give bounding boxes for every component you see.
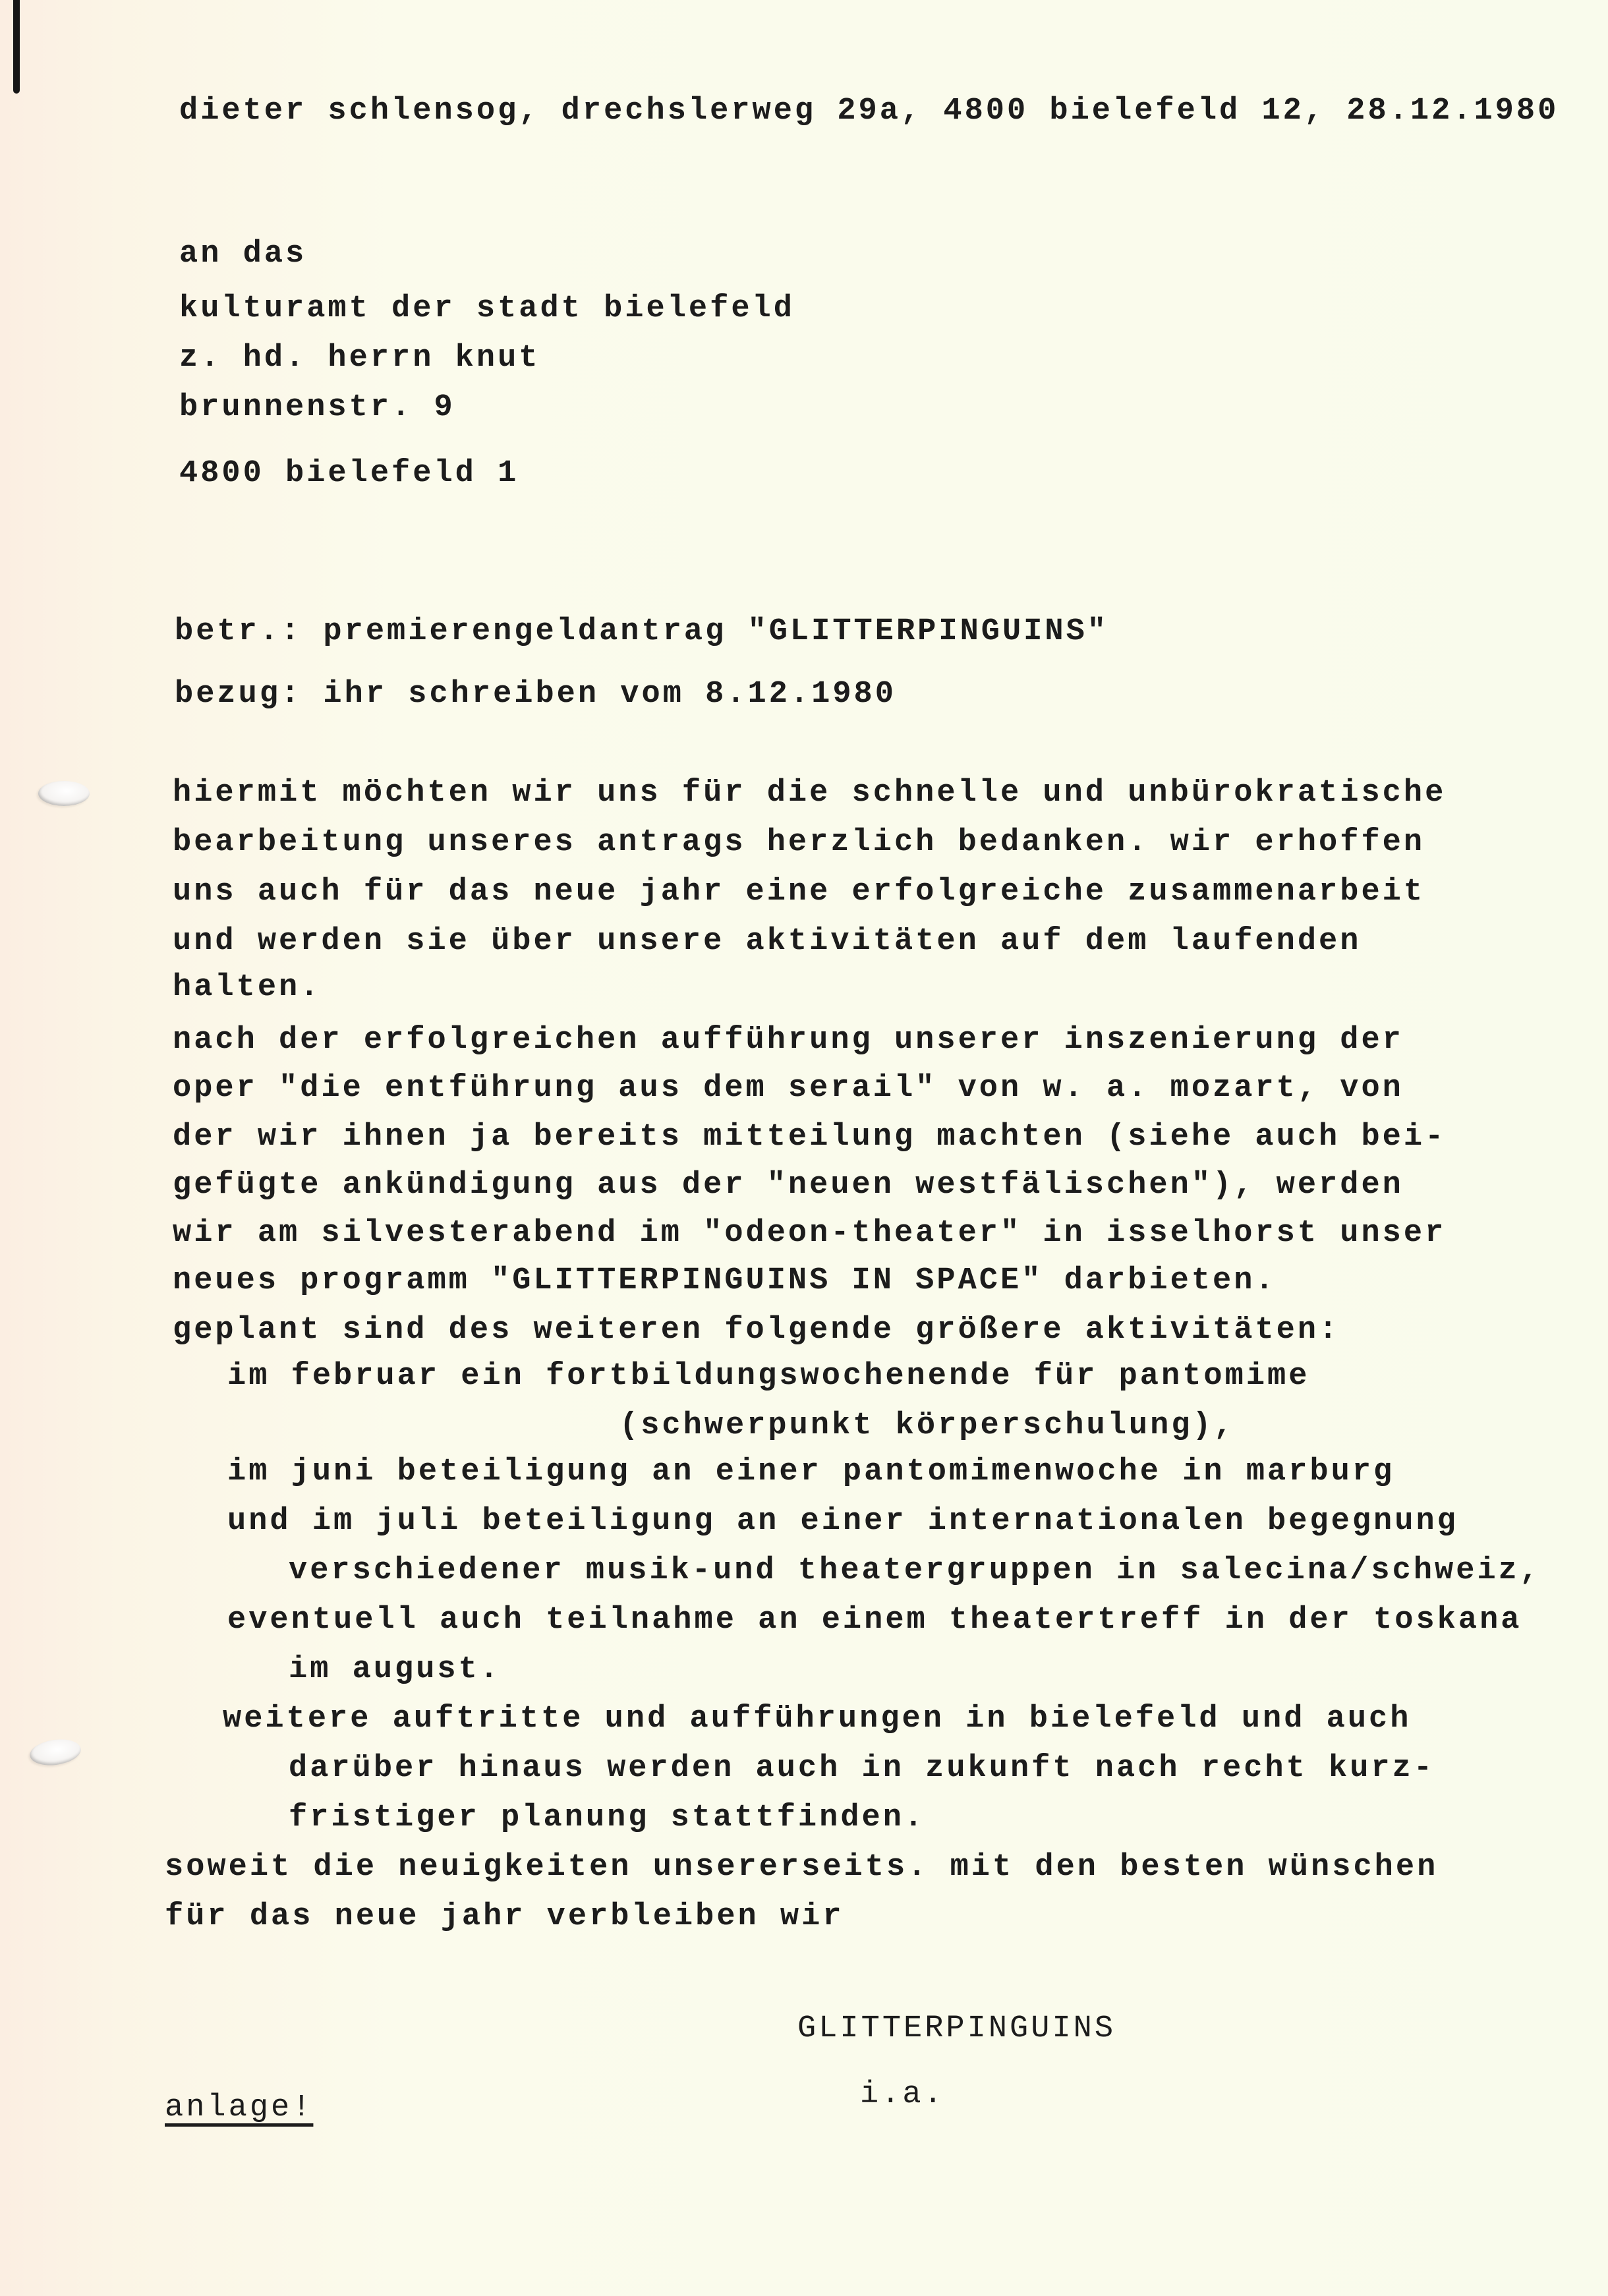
body-line: neues programm "GLITTERPINGUINS IN SPACE… xyxy=(173,1265,1277,1296)
body-line: bearbeitung unseres antrags herzlich bed… xyxy=(173,827,1425,858)
body-line: weitere auftritte und aufführungen in bi… xyxy=(223,1704,1411,1735)
body-line: (schwerpunkt körperschulung), xyxy=(619,1410,1235,1441)
body-line: im juni beteiligung an einer pantomimenw… xyxy=(227,1456,1394,1487)
body-line: wir am silvesterabend im "odeon-theater"… xyxy=(173,1218,1446,1249)
subject-line: betr.: premierengeldantrag "GLITTERPINGU… xyxy=(175,616,1108,647)
body-line: der wir ihnen ja bereits mitteilung mach… xyxy=(173,1122,1446,1153)
recipient-line: 4800 bielefeld 1 xyxy=(179,458,519,489)
body-line: darüber hinaus werden auch in zukunft na… xyxy=(289,1753,1435,1784)
body-line: und werden sie über unsere aktivitäten a… xyxy=(173,926,1361,957)
body-line: nach der erfolgreichen aufführung unsere… xyxy=(173,1025,1404,1056)
signature-note: i.a. xyxy=(860,2079,945,2110)
punch-hole-icon xyxy=(28,1736,83,1768)
body-line: für das neue jahr verbleiben wir xyxy=(165,1901,844,1932)
body-line: hiermit möchten wir uns für die schnelle… xyxy=(173,778,1446,809)
sender-line: dieter schlensog, drechslerweg 29a, 4800… xyxy=(179,96,1559,127)
body-line: im august. xyxy=(289,1654,501,1685)
body-line: und im juli beteiligung an einer interna… xyxy=(227,1506,1458,1537)
recipient-line: brunnenstr. 9 xyxy=(179,392,455,423)
recipient-line: kulturamt der stadt bielefeld xyxy=(179,293,795,324)
body-line: geplant sind des weiteren folgende größe… xyxy=(173,1315,1340,1346)
body-line: soweit die neuigkeiten unsererseits. mit… xyxy=(165,1852,1438,1883)
body-line: eventuell auch teilnahme an einem theate… xyxy=(227,1605,1522,1636)
recipient-line: z. hd. herrn knut xyxy=(179,343,540,374)
reference-line: bezug: ihr schreiben vom 8.12.1980 xyxy=(175,679,896,710)
body-line: uns auch für das neue jahr eine erfolgre… xyxy=(173,876,1425,907)
body-line: im februar ein fortbildungswochenende fü… xyxy=(227,1361,1309,1392)
signature-group-name: GLITTERPINGUINS xyxy=(797,2013,1116,2044)
body-line: halten. xyxy=(173,972,321,1003)
margin-mark xyxy=(13,0,20,94)
body-line: gefügte ankündigung aus der "neuen westf… xyxy=(173,1170,1404,1201)
body-line: verschiedener musik-und theatergruppen i… xyxy=(289,1555,1541,1586)
enclosure-note: anlage! xyxy=(165,2092,313,2123)
body-line: oper "die entführung aus dem serail" von… xyxy=(173,1073,1404,1104)
punch-hole-icon xyxy=(38,781,90,806)
letter-page: dieter schlensog, drechslerweg 29a, 4800… xyxy=(0,0,1608,2296)
body-line: fristiger planung stattfinden. xyxy=(289,1802,925,1833)
recipient-line: an das xyxy=(179,239,306,270)
